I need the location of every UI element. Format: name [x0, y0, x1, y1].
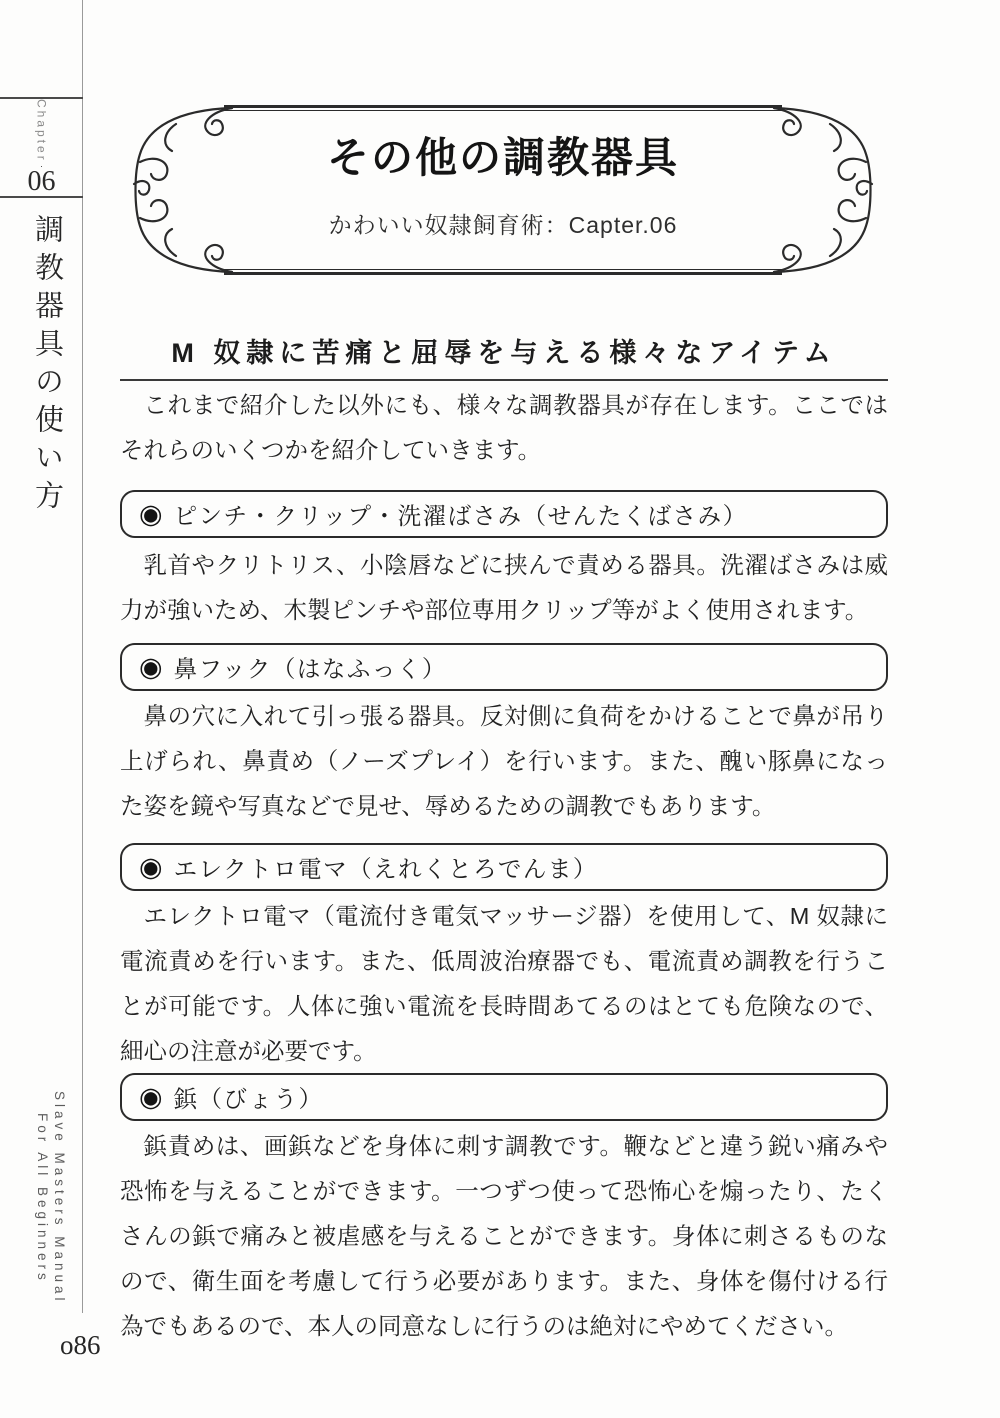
item-header: エレクトロ電マ（えれくとろでんま） — [174, 850, 598, 884]
chapter-box: Chapter 06 — [0, 97, 83, 198]
item-paragraph: 鋲責めは、画鋲などを身体に刺す調教です。鞭などと違う鋭い痛みや恐怖を与えることが… — [120, 1124, 888, 1349]
intro-paragraph: これまで紹介した以外にも、様々な調教器具が存在します。ここではそれらのいくつかを… — [120, 383, 888, 473]
book-page: Chapter 06 調教器具の使い方 Slave Masters Manual… — [0, 0, 1000, 1418]
page-title: その他の調教器具 — [327, 134, 679, 182]
page-number: o86 — [60, 1330, 101, 1361]
item-paragraph: エレクトロ電マ（電流付き電気マッサージ器）を使用して、M 奴隷に電流責めを行いま… — [120, 894, 888, 1074]
bullseye-icon: ◉ — [139, 654, 163, 681]
item-paragraph: 鼻の穴に入れて引っ張る器具。反対側に負荷をかけることで鼻が吊り上げられ、鼻責め（… — [120, 694, 888, 829]
section-heading-rule — [120, 379, 888, 381]
item-box-pinch-clip: ◉ ピンチ・クリップ・洗濯ばさみ（せんたくばさみ） — [120, 490, 888, 538]
item-paragraph: 乳首やクリトリス、小陰唇などに挟んで責める器具。洗濯ばさみは威力が強いため、木製… — [120, 543, 888, 633]
ornament-frame: その他の調教器具 かわいい奴隷飼育術：Capter.06 — [118, 102, 888, 278]
chapter-title-vertical: 調教器具の使い方 — [27, 214, 68, 518]
page-subtitle: かわいい奴隷飼育術：Capter.06 — [329, 207, 678, 240]
chapter-label: Chapter — [35, 99, 49, 163]
item-box-tack: ◉ 鋲（びょう） — [120, 1073, 888, 1121]
item-header: 鼻フック（はなふっく） — [174, 650, 447, 684]
item-box-nose-hook: ◉ 鼻フック（はなふっく） — [120, 643, 888, 691]
item-header: ピンチ・クリップ・洗濯ばさみ（せんたくばさみ） — [174, 497, 748, 531]
bullseye-icon: ◉ — [139, 854, 163, 881]
chapter-number: 06 — [28, 168, 56, 196]
bullseye-icon: ◉ — [139, 1084, 163, 1111]
item-box-electro: ◉ エレクトロ電マ（えれくとろでんま） — [120, 843, 888, 891]
bullseye-icon: ◉ — [139, 501, 163, 528]
section-heading: M 奴隷に苦痛と屈辱を与える様々なアイテム — [120, 331, 888, 370]
item-header: 鋲（びょう） — [174, 1080, 324, 1114]
series-title-vertical: Slave Masters Manual For All Beginners — [34, 1078, 68, 1318]
